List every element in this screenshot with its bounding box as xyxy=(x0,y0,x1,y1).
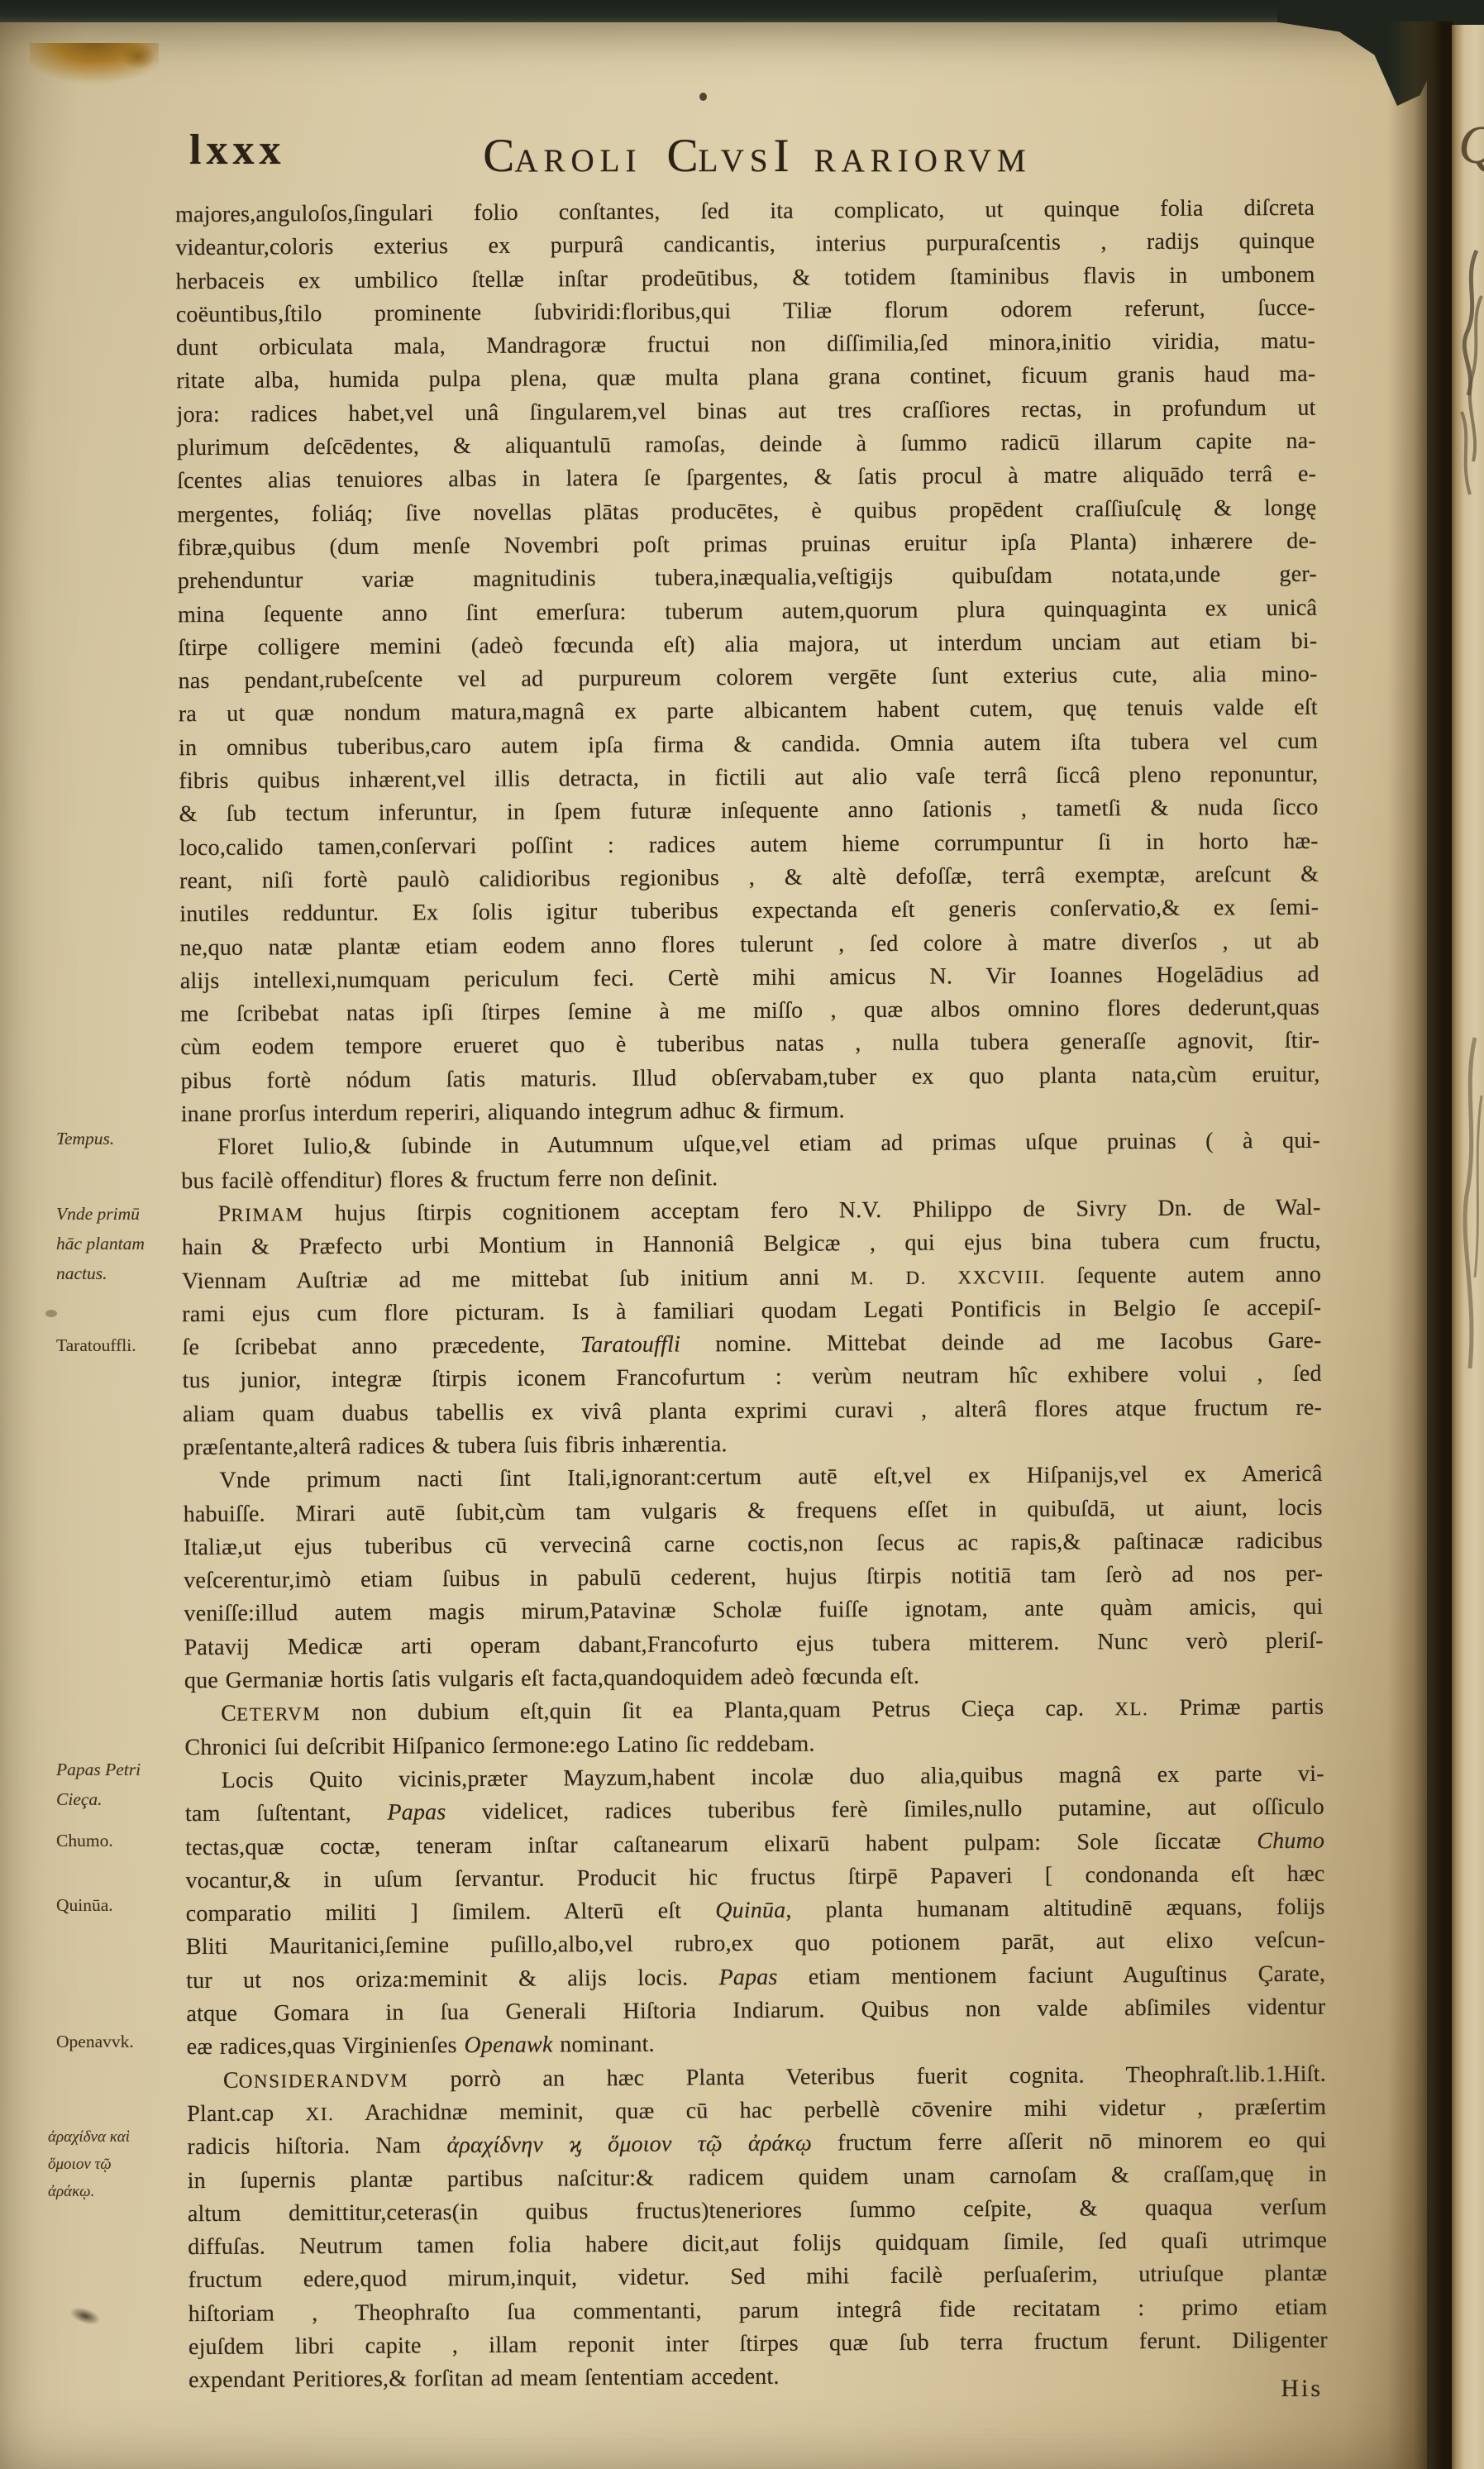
gutter-shadow xyxy=(1387,21,1453,2469)
running-title-segment: CLVS xyxy=(666,129,773,183)
text-line: pibus fortè nódum ſatis maturis. Illud o… xyxy=(180,1058,1319,1098)
margin-note: ἀραχίδνα καὶὅμοιον τῷἀράκῳ. xyxy=(48,2123,217,2205)
margin-note: Openavvk. xyxy=(56,2027,209,2056)
running-title-segment: I xyxy=(774,129,790,183)
margin-note: Tempus. xyxy=(56,1124,209,1153)
book-page: lxxx CAROLICLVSIRARIORVM majores,anguloſ… xyxy=(0,21,1427,2469)
margin-note-line: Chumo. xyxy=(56,1826,209,1855)
margin-note: Taratouffli. xyxy=(56,1330,209,1360)
text-block: majores,anguloſos,ſingulari folio conſta… xyxy=(175,192,1328,2398)
photo-background-top xyxy=(0,0,1484,22)
margin-note: Papas PetriCieça. xyxy=(56,1755,209,1814)
margin-note-line: Openavvk. xyxy=(56,2027,209,2056)
running-title-segment: RARIORVM xyxy=(814,142,1032,179)
margin-note-line: ὅμοιον τῷ xyxy=(48,2151,217,2178)
stain-drip xyxy=(121,43,155,69)
facing-page: Q xyxy=(1452,25,1484,2469)
text-line: aliam quam duabus tabellis ex vivâ plant… xyxy=(183,1391,1322,1431)
ink-speck xyxy=(45,1310,57,1317)
engraving-fragment-icon xyxy=(1452,1029,1484,1377)
running-title-segment: CAROLI xyxy=(483,129,642,183)
text-line: CETERVM non dubium eſt,quin ſit ea Plant… xyxy=(184,1691,1324,1731)
margin-note-line: Tempus. xyxy=(56,1124,209,1153)
book-photo: lxxx CAROLICLVSIRARIORVM majores,anguloſ… xyxy=(0,0,1484,2469)
margin-note-line: ἀράκῳ. xyxy=(48,2178,217,2205)
margin-note-line: Vnde primū xyxy=(56,1199,209,1229)
text-line: Floret Iulio,& ſubinde in Autumnum uſque… xyxy=(181,1125,1320,1165)
margin-note-line: ἀραχίδνα καὶ xyxy=(48,2123,217,2151)
margin-note-line: Taratouffli. xyxy=(56,1330,209,1360)
catchword: His xyxy=(1157,2375,1323,2403)
ink-smudge xyxy=(68,2304,103,2328)
margin-note: Quinūa. xyxy=(56,1890,209,1920)
margin-note-line: Papas Petri xyxy=(56,1755,209,1784)
running-title: CAROLICLVSIRARIORVM xyxy=(192,129,1323,183)
ink-speck xyxy=(699,93,707,101)
margin-note-line: nactus. xyxy=(56,1258,209,1288)
margin-note-line: Quinūa. xyxy=(56,1890,209,1920)
engraving-fragment-icon xyxy=(1452,246,1484,519)
facing-page-glyph: Q xyxy=(1458,114,1484,177)
text-line: Patavij Medicæ arti operam dabant,Franco… xyxy=(184,1625,1324,1665)
margin-note: Chumo. xyxy=(56,1826,209,1855)
margin-note-line: Cieça. xyxy=(56,1784,209,1814)
margin-note: Vnde primūhāc plantamnactus. xyxy=(56,1199,209,1288)
margin-note-line: hāc plantam xyxy=(56,1229,209,1258)
